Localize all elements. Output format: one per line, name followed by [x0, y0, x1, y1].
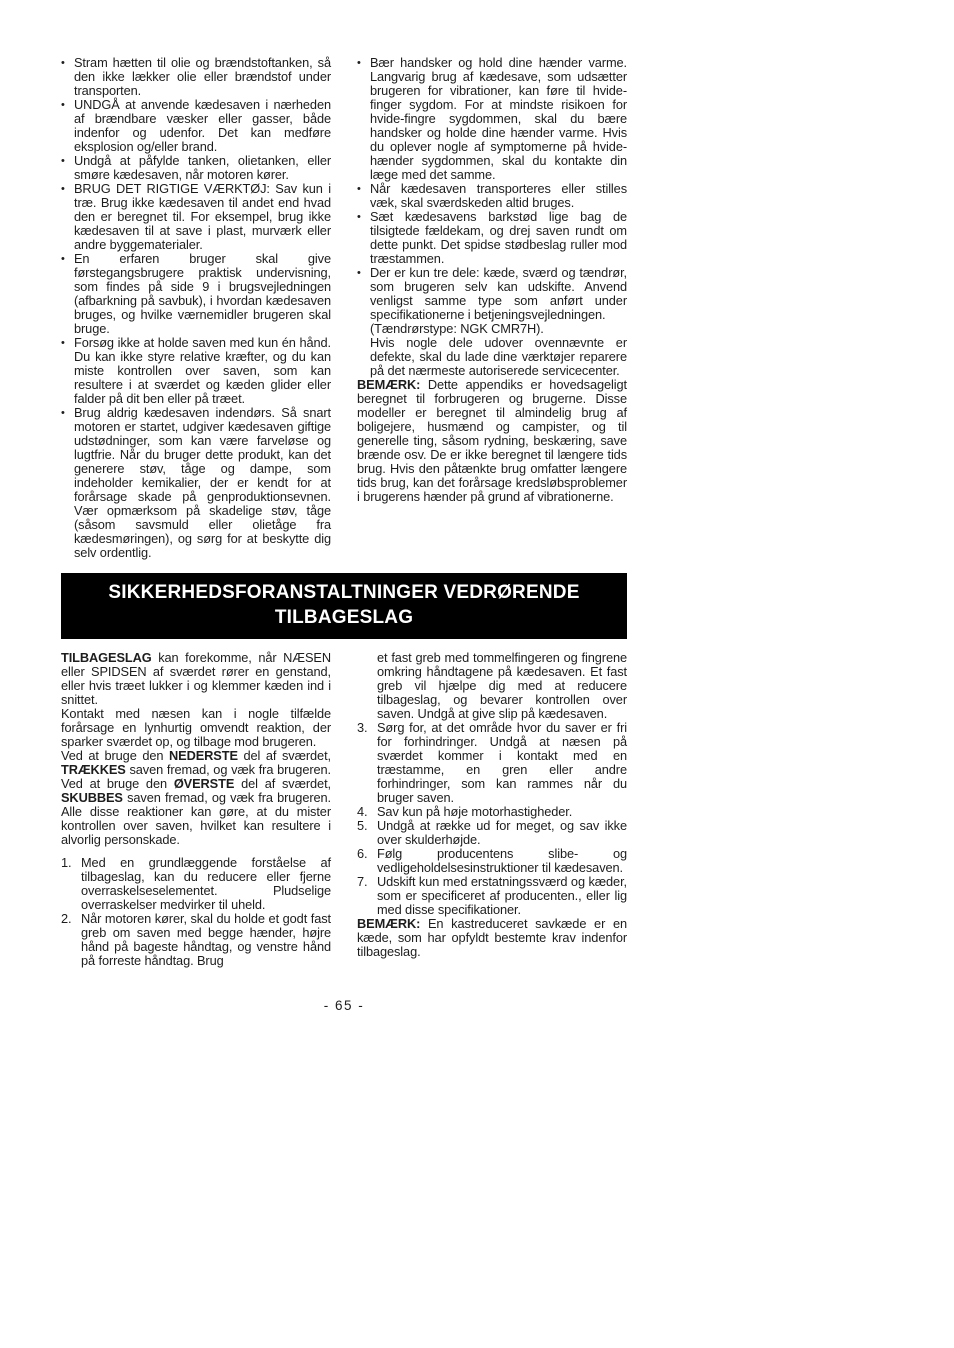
top-right-bullet-list: • Bær handsker og hold dine hænder varme… — [357, 56, 627, 378]
appendix-note: BEMÆRK: Dette appendiks er hovedsageligt… — [357, 378, 627, 504]
bullet-text: Brug aldrig kædesaven indendørs. Så snar… — [74, 406, 331, 560]
bullet-icon: • — [61, 406, 74, 420]
numbered-item: 7. Udskift kun med erstatningssværd og k… — [357, 875, 627, 917]
numbered-item: 6. Følg producentens slibe- og vedligeho… — [357, 847, 627, 875]
kickback-paragraph: Kontakt med næsen kan i nogle tilfælde f… — [61, 707, 331, 749]
bullet-item: • UNDGÅ at anvende kædesaven i nærheden … — [61, 98, 331, 154]
bullet-item: • Sæt kædesavens barkstød lige bag de ti… — [357, 210, 627, 266]
document-page: • Stram hætten til olie og brændstoftank… — [0, 0, 954, 1348]
kickback-section-banner: SIKKERHEDSFORANSTALTNINGER VEDRØRENDE TI… — [61, 573, 627, 639]
bullet-item: • Bær handsker og hold dine hænder varme… — [357, 56, 627, 182]
bullet-text: Sæt kædesavens barkstød lige bag de tils… — [370, 210, 627, 266]
numbered-item: 2. Når motoren kører, skal du holde et g… — [61, 912, 331, 968]
bullet-icon: • — [357, 210, 370, 224]
item-number: 1. — [61, 856, 81, 870]
item-number: 6. — [357, 847, 377, 861]
page-content: • Stram hætten til olie og brændstoftank… — [61, 56, 627, 1013]
bullet-item: • Der er kun tre dele: kæde, sværd og tæ… — [357, 266, 627, 378]
bullet-text: UNDGÅ at anvende kædesaven i nærheden af… — [74, 98, 331, 154]
bullet-text: BRUG DET RIGTIGE VÆRKTØJ: Sav kun i træ.… — [74, 182, 331, 252]
kickback-section: TILBAGESLAG kan forekomme, når NÆSEN ell… — [61, 651, 627, 968]
bullet-text: Stram hætten til olie og brændstoftanken… — [74, 56, 331, 98]
low-kickback-note: BEMÆRK: En kastreduceret savkæde er en k… — [357, 917, 627, 959]
kickback-paragraph: TILBAGESLAG kan forekomme, når NÆSEN ell… — [61, 651, 331, 707]
banner-line-2: TILBAGESLAG — [61, 605, 627, 630]
bullet-icon: • — [61, 336, 74, 350]
bullet-icon: • — [61, 252, 74, 266]
bullet-item: • Når kædesaven transporteres eller stil… — [357, 182, 627, 210]
kickback-right-column: et fast greb med tommelfingeren og fingr… — [357, 651, 627, 968]
item-text: Følg producentens slibe- og vedligeholde… — [377, 847, 627, 875]
bullet-item: • En erfaren bruger skal give førstegang… — [61, 252, 331, 336]
numbered-item: 1. Med en grundlæggende forståelse af ti… — [61, 856, 331, 912]
bullet-icon: • — [357, 56, 370, 70]
top-left-column: • Stram hætten til olie og brændstoftank… — [61, 56, 331, 560]
bullet-text: En erfaren bruger skal give førstegangsb… — [74, 252, 331, 336]
bullet-icon: • — [357, 266, 370, 280]
item-text: Undgå at række ud for meget, og sav ikke… — [377, 819, 627, 847]
bullet-text: Når kædesaven transporteres eller stille… — [370, 182, 627, 210]
kickback-paragraphs: TILBAGESLAG kan forekomme, når NÆSEN ell… — [61, 651, 331, 847]
bullet-item: • Forsøg ikke at holde saven med kun én … — [61, 336, 331, 406]
item-text: Udskift kun med erstatningssværd og kæde… — [377, 875, 627, 917]
item-text: Sørg for, at det område hvor du saver er… — [377, 721, 627, 805]
bullet-icon: • — [61, 154, 74, 168]
bullet-icon: • — [61, 98, 74, 112]
numbered-item: 4. Sav kun på høje motorhastigheder. — [357, 805, 627, 819]
banner-line-1: SIKKERHEDSFORANSTALTNINGER VEDRØRENDE — [61, 580, 627, 605]
bullet-text: Bær handsker og hold dine hænder varme. … — [370, 56, 627, 182]
item-text: Sav kun på høje motorhastigheder. — [377, 805, 627, 819]
bullet-text: Undgå at påfylde tanken, olietanken, ell… — [74, 154, 331, 182]
item-2-continuation: et fast greb med tommelfingeren og fingr… — [357, 651, 627, 721]
bullet-text: Der er kun tre dele: kæde, sværd og tænd… — [370, 266, 627, 378]
bullet-icon: • — [61, 182, 74, 196]
item-text: Med en grundlæggende forståelse af tilba… — [81, 856, 331, 912]
kickback-numbered-list-left: 1. Med en grundlæggende forståelse af ti… — [61, 856, 331, 968]
bullet-icon: • — [357, 182, 370, 196]
item-number: 3. — [357, 721, 377, 735]
bullet-item: • Undgå at påfylde tanken, olietanken, e… — [61, 154, 331, 182]
bullet-icon: • — [61, 56, 74, 70]
item-text: Når motoren kører, skal du holde et godt… — [81, 912, 331, 968]
kickback-paragraph: Ved at bruge den NEDERSTE del af sværdet… — [61, 749, 331, 847]
bullet-item: • Brug aldrig kædesaven indendørs. Så sn… — [61, 406, 331, 560]
numbered-item: 3. Sørg for, at det område hvor du saver… — [357, 721, 627, 805]
top-right-column: • Bær handsker og hold dine hænder varme… — [357, 56, 627, 560]
safety-precautions-section: • Stram hætten til olie og brændstoftank… — [61, 56, 627, 560]
item-number: 4. — [357, 805, 377, 819]
item-number: 7. — [357, 875, 377, 889]
item-number: 2. — [61, 912, 81, 926]
page-number: - 65 - — [61, 998, 627, 1013]
kickback-numbered-list-right: 3. Sørg for, at det område hvor du saver… — [357, 721, 627, 917]
bullet-item: • BRUG DET RIGTIGE VÆRKTØJ: Sav kun i tr… — [61, 182, 331, 252]
bullet-text: Forsøg ikke at holde saven med kun én hå… — [74, 336, 331, 406]
numbered-item: 5. Undgå at række ud for meget, og sav i… — [357, 819, 627, 847]
bullet-item: • Stram hætten til olie og brændstoftank… — [61, 56, 331, 98]
kickback-left-column: TILBAGESLAG kan forekomme, når NÆSEN ell… — [61, 651, 331, 968]
item-number: 5. — [357, 819, 377, 833]
